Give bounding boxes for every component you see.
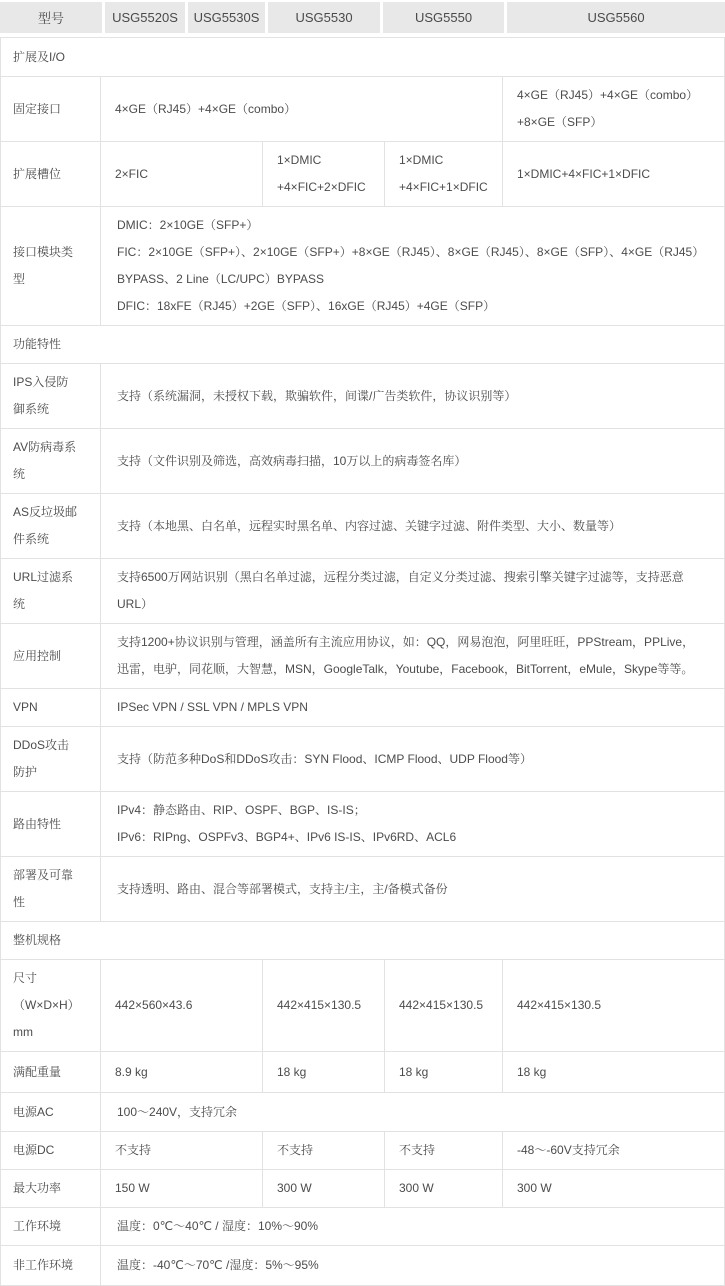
spec-cell: 4×GE（RJ45）+4×GE（combo）+8×GE（SFP） bbox=[503, 77, 724, 141]
header-cell-usg5520s: USG5520S bbox=[105, 2, 185, 33]
table-row-interface-modules: 接口模块类型 DMIC：2×10GE（SFP+）FIC：2×10GE（SFP+）… bbox=[1, 207, 724, 326]
spec-cell: 442×415×130.5 bbox=[263, 960, 385, 1051]
spec-cell: 支持透明、路由、混合等部署模式，支持主/主，主/备模式备份 bbox=[101, 857, 724, 921]
table-row-weight: 满配重量 8.9 kg 18 kg 18 kg 18 kg bbox=[1, 1052, 724, 1093]
spec-cell: 支持（本地黑、白名单，远程实时黑名单、内容过滤、关键字过滤、附件类型、大小、数量… bbox=[101, 494, 724, 558]
section-row-specs: 整机规格 bbox=[1, 922, 724, 960]
spec-cell: 支持（防范多种DoS和DDoS攻击：SYN Flood、ICMP Flood、U… bbox=[101, 727, 724, 791]
spec-cell: 不支持 bbox=[101, 1132, 263, 1169]
row-label: 应用控制 bbox=[1, 624, 101, 688]
row-label: VPN bbox=[1, 689, 101, 726]
spec-cell: 支持（系统漏洞，未授权下载，欺骗软件，间谍/广告类软件，协议识别等） bbox=[101, 364, 724, 428]
row-label: 接口模块类型 bbox=[1, 207, 101, 325]
table-row-antispam: AS反垃圾邮件系统 支持（本地黑、白名单，远程实时黑名单、内容过滤、关键字过滤、… bbox=[1, 494, 724, 559]
spec-cell: 支持（文件识别及筛选，高效病毒扫描，10万以上的病毒签名库） bbox=[101, 429, 724, 493]
spec-cell: IPv4：静态路由、RIP、OSPF、BGP、IS-IS；IPv6：RIPng、… bbox=[101, 792, 724, 856]
table-row-fixed-ports: 固定接口 4×GE（RJ45）+4×GE（combo） 4×GE（RJ45）+4… bbox=[1, 77, 724, 142]
row-label: 最大功率 bbox=[1, 1170, 101, 1207]
header-cell-usg5530s: USG5530S bbox=[188, 2, 265, 33]
table-row-power-dc: 电源DC 不支持 不支持 不支持 -48～-60V支持冗余 bbox=[1, 1132, 724, 1170]
table-header-row: 型号 USG5520S USG5530S USG5530 USG5550 USG… bbox=[0, 2, 725, 33]
spec-cell: 支持1200+协议识别与管理，涵盖所有主流应用协议，如：QQ，网易泡泡，阿里旺旺… bbox=[101, 624, 724, 688]
table-body: 扩展及I/O 固定接口 4×GE（RJ45）+4×GE（combo） 4×GE（… bbox=[0, 37, 725, 1286]
table-row-max-power: 最大功率 150 W 300 W 300 W 300 W bbox=[1, 1170, 724, 1208]
spec-cell: 300 W bbox=[503, 1170, 724, 1207]
row-label: 路由特性 bbox=[1, 792, 101, 856]
row-label: 部署及可靠性 bbox=[1, 857, 101, 921]
table-row-operating-env: 工作环境 温度：0℃～40℃ / 湿度：10%～90% bbox=[1, 1208, 724, 1246]
section-title: 功能特性 bbox=[1, 326, 724, 363]
row-label: 固定接口 bbox=[1, 77, 101, 141]
row-label: 电源AC bbox=[1, 1093, 101, 1131]
section-row-features: 功能特性 bbox=[1, 326, 724, 364]
table-row-power-ac: 电源AC 100～240V，支持冗余 bbox=[1, 1093, 724, 1132]
table-row-vpn: VPN IPSec VPN / SSL VPN / MPLS VPN bbox=[1, 689, 724, 727]
row-label: 工作环境 bbox=[1, 1208, 101, 1245]
section-row-expansion-io: 扩展及I/O bbox=[1, 38, 724, 77]
spec-cell: 18 kg bbox=[385, 1052, 503, 1092]
spec-cell: 18 kg bbox=[503, 1052, 724, 1092]
spec-cell: -48～-60V支持冗余 bbox=[503, 1132, 724, 1169]
row-label: 非工作环境 bbox=[1, 1246, 101, 1285]
spec-cell: 温度：0℃～40℃ / 湿度：10%～90% bbox=[101, 1208, 724, 1245]
header-cell-usg5530: USG5530 bbox=[268, 2, 380, 33]
row-label: AS反垃圾邮件系统 bbox=[1, 494, 101, 558]
spec-cell: 8.9 kg bbox=[101, 1052, 263, 1092]
row-label: 尺寸（W×D×H）mm bbox=[1, 960, 101, 1051]
table-row-routing: 路由特性 IPv4：静态路由、RIP、OSPF、BGP、IS-IS；IPv6：R… bbox=[1, 792, 724, 857]
section-title: 整机规格 bbox=[1, 922, 724, 959]
table-row-deployment: 部署及可靠性 支持透明、路由、混合等部署模式，支持主/主，主/备模式备份 bbox=[1, 857, 724, 922]
row-label: AV防病毒系统 bbox=[1, 429, 101, 493]
table-row-ips: IPS入侵防御系统 支持（系统漏洞，未授权下载，欺骗软件，间谍/广告类软件，协议… bbox=[1, 364, 724, 429]
row-label: 电源DC bbox=[1, 1132, 101, 1169]
table-row-ddos: DDoS攻击防护 支持（防范多种DoS和DDoS攻击：SYN Flood、ICM… bbox=[1, 727, 724, 792]
spec-cell: 2×FIC bbox=[101, 142, 263, 206]
header-cell-usg5550: USG5550 bbox=[383, 2, 504, 33]
spec-cell: 不支持 bbox=[385, 1132, 503, 1169]
spec-cell: 1×DMIC+4×FIC+1×DFIC bbox=[503, 142, 724, 206]
spec-cell: 1×DMIC+4×FIC+1×DFIC bbox=[385, 142, 503, 206]
table-row-url-filter: URL过滤系统 支持6500万网站识别（黑白名单过滤，远程分类过滤，自定义分类过… bbox=[1, 559, 724, 624]
header-cell-usg5560: USG5560 bbox=[507, 2, 725, 33]
spec-cell: 442×415×130.5 bbox=[503, 960, 724, 1051]
spec-cell: 温度：-40℃～70℃ /湿度：5%～95% bbox=[101, 1246, 724, 1285]
row-label: IPS入侵防御系统 bbox=[1, 364, 101, 428]
spec-cell: 442×560×43.6 bbox=[101, 960, 263, 1051]
spec-cell: 442×415×130.5 bbox=[385, 960, 503, 1051]
spec-cell: 150 W bbox=[101, 1170, 263, 1207]
table-row-app-control: 应用控制 支持1200+协议识别与管理，涵盖所有主流应用协议，如：QQ，网易泡泡… bbox=[1, 624, 724, 689]
row-label: URL过滤系统 bbox=[1, 559, 101, 623]
spec-cell: 100～240V，支持冗余 bbox=[101, 1093, 724, 1131]
row-label: DDoS攻击防护 bbox=[1, 727, 101, 791]
table-row-antivirus: AV防病毒系统 支持（文件识别及筛选，高效病毒扫描，10万以上的病毒签名库） bbox=[1, 429, 724, 494]
spec-cell: 300 W bbox=[263, 1170, 385, 1207]
header-cell-model: 型号 bbox=[0, 2, 102, 33]
spec-cell: 不支持 bbox=[263, 1132, 385, 1169]
spec-cell: DMIC：2×10GE（SFP+）FIC：2×10GE（SFP+）、2×10GE… bbox=[101, 207, 724, 325]
spec-cell: 1×DMIC+4×FIC+2×DFIC bbox=[263, 142, 385, 206]
table-row-dimensions: 尺寸（W×D×H）mm 442×560×43.6 442×415×130.5 4… bbox=[1, 960, 724, 1052]
spec-cell: 4×GE（RJ45）+4×GE（combo） bbox=[101, 77, 503, 141]
section-title: 扩展及I/O bbox=[1, 38, 724, 76]
table-row-nonoperating-env: 非工作环境 温度：-40℃～70℃ /湿度：5%～95% bbox=[1, 1246, 724, 1285]
spec-table: 型号 USG5520S USG5530S USG5530 USG5550 USG… bbox=[0, 2, 725, 1286]
spec-cell: IPSec VPN / SSL VPN / MPLS VPN bbox=[101, 689, 724, 726]
spec-cell: 支持6500万网站识别（黑白名单过滤，远程分类过滤，自定义分类过滤、搜索引擎关键… bbox=[101, 559, 724, 623]
table-row-expansion-slots: 扩展槽位 2×FIC 1×DMIC+4×FIC+2×DFIC 1×DMIC+4×… bbox=[1, 142, 724, 207]
spec-cell: 18 kg bbox=[263, 1052, 385, 1092]
spec-cell: 300 W bbox=[385, 1170, 503, 1207]
row-label: 扩展槽位 bbox=[1, 142, 101, 206]
row-label: 满配重量 bbox=[1, 1052, 101, 1092]
